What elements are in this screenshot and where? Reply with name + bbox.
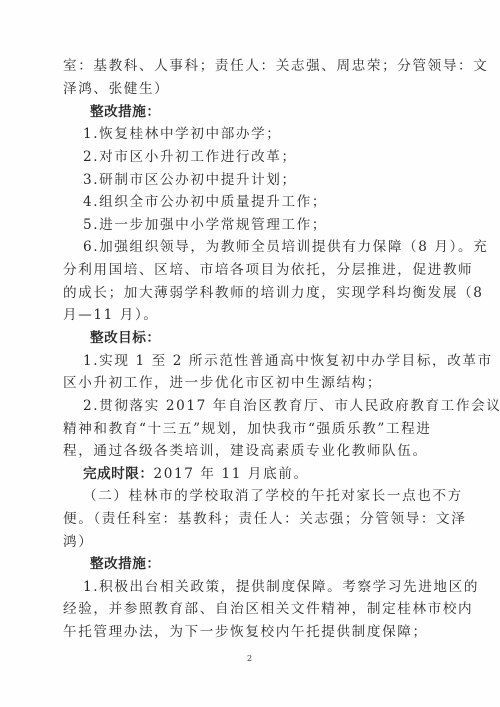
deadline-value: 2017 年 11 月底前。 (153, 466, 308, 482)
deadline-line: 完成时限：2017 年 11 月底前。 (83, 465, 309, 483)
section-heading-goals: 整改目标： (90, 329, 465, 347)
list-item: 3.研制市区公办初中提升计划； (83, 171, 458, 189)
text-line: 室：基教科、人事科；责任人：关志强、周忠荣；分管领导：文 (63, 57, 438, 75)
list-item: 1.积极出台相关政策，提供制度保障。考察学习先进地区的 (83, 578, 458, 596)
list-item: 4.组织全市公办初中质量提升工作； (83, 193, 458, 211)
list-item: 5.进一步加强中小学常规管理工作； (83, 216, 458, 234)
text-line: 月—11 月）。 (63, 306, 438, 324)
text-line: 精神和教育“十三五”规划，加快我市“强质乐教”工程进 (63, 420, 438, 438)
list-item: 1.实现 1 至 2 所示范性普通高中恢复初中办学目标，改革市 (83, 352, 458, 370)
list-item: 2.对市区小升初工作进行改革； (83, 148, 458, 166)
text-line: 经验，并参照教育部、自治区相关文件精神，制定桂林市校内 (63, 600, 438, 618)
document-page: 室：基教科、人事科；责任人：关志强、周忠荣；分管领导：文 泽鸿、张健生） 整改措… (0, 0, 500, 707)
text-line: 分利用国培、区培、市培各项目为依托，分层推进，促进教师 (63, 261, 438, 279)
section-item-two: （二）桂林市的学校取消了学校的午托对家长一点也不方 (83, 487, 458, 505)
text-line: 便。（责任科室：基教科；责任人：关志强；分管领导：文泽 (63, 510, 438, 528)
text-line: 鸿） (63, 533, 438, 551)
section-heading-measures: 整改措施： (90, 555, 465, 573)
text-line: 泽鸿、张健生） (63, 80, 438, 98)
page-number: 2 (247, 654, 252, 663)
text-line: 的成长；加大薄弱学科教师的培训力度，实现学科均衡发展（8 (63, 284, 438, 302)
list-item: 6.加强组织领导，为教师全员培训提供有力保障（8 月）。充 (83, 238, 458, 256)
deadline-label: 完成时限： (83, 466, 153, 482)
text-line: 午托管理办法，为下一步恢复校内午托提供制度保障； (63, 623, 438, 641)
list-item: 2.贯彻落实 2017 年自治区教育厅、市人民政府教育工作会议 (83, 397, 458, 415)
list-item: 1.恢复桂林中学初中部办学； (83, 125, 458, 143)
text-line: 区小升初工作，进一步优化市区初中生源结构； (63, 374, 438, 392)
section-heading-measures: 整改措施： (90, 103, 465, 121)
text-line: 程，通过各级各类培训，建设高素质专业化教师队伍。 (63, 442, 438, 460)
